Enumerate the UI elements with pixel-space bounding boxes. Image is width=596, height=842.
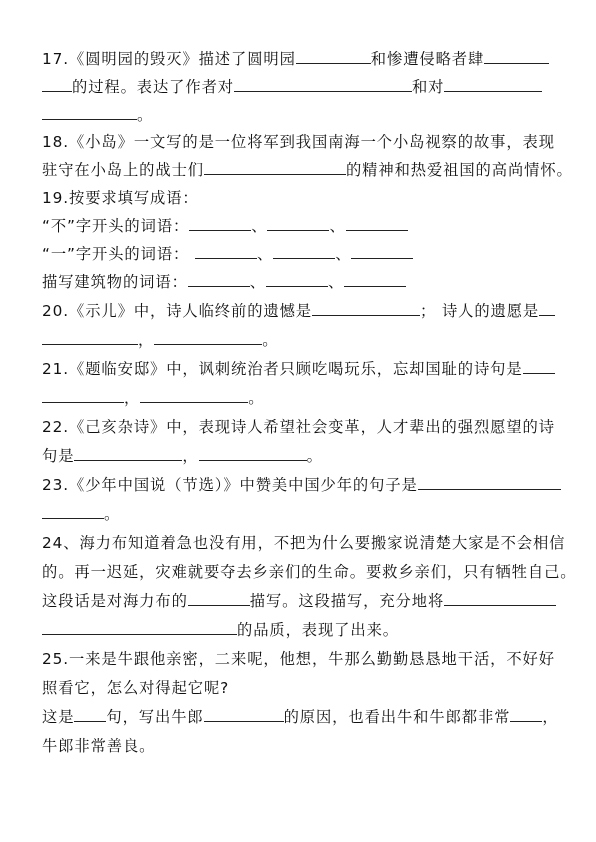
question-text: 句是 (42, 447, 74, 465)
answer-blank[interactable] (204, 159, 346, 175)
question-24-line-1: 24、海力布知道着急也没有用，不把为什么要搬家说清楚大家是不会相信 (42, 532, 562, 554)
question-17-line-2: 的过程。表达了作者对和对 (42, 76, 562, 98)
question-19-line-3: “一”字开头的词语： 、、 (42, 243, 562, 265)
question-text: 的。再一迟延，灾难就要夺去乡亲们的生命。要救乡亲们，只有牺牲自己。 (42, 563, 577, 581)
answer-blank[interactable] (296, 48, 371, 64)
answer-blank[interactable] (484, 48, 549, 64)
question-text: 24、海力布知道着急也没有用，不把为什么要搬家说清楚大家是不会相信 (42, 534, 565, 552)
question-19-line-2: “不”字开头的词语：、、 (42, 215, 562, 237)
question-text: 22.《己亥杂诗》中，表现诗人希望社会变革，人才辈出的强烈愿望的诗 (42, 418, 555, 436)
answer-blank[interactable] (188, 590, 250, 606)
answer-blank[interactable] (188, 271, 250, 287)
question-text: 描写。这段描写，充分地将 (250, 592, 444, 610)
question-text: 、 (329, 217, 345, 235)
question-text: 。 (104, 505, 120, 523)
answer-blank[interactable] (74, 706, 106, 722)
answer-blank[interactable] (351, 243, 413, 259)
answer-blank[interactable] (42, 619, 237, 635)
answer-blank[interactable] (42, 76, 72, 92)
question-text: 、 (335, 245, 351, 263)
question-22-line-2: 句是，。 (42, 445, 562, 467)
question-text: 、 (257, 245, 273, 263)
question-text: 、 (328, 273, 344, 291)
question-24-line-3: 这段话是对海力布的描写。这段描写，充分地将 (42, 590, 562, 612)
question-20-line-1: 20.《示儿》中，诗人临终前的遗憾是； 诗人的遗愿是 (42, 300, 562, 322)
question-text: 照看它，怎么对得起它呢? (42, 679, 229, 697)
question-21-line-1: 21.《题临安邸》中，讽刺统治者只顾吃喝玩乐，忘却国耻的诗句是 (42, 358, 562, 380)
answer-blank[interactable] (267, 215, 329, 231)
question-text: 。 (248, 389, 264, 407)
answer-blank[interactable] (346, 215, 408, 231)
answer-blank[interactable] (344, 271, 406, 287)
answer-blank[interactable] (42, 104, 137, 120)
question-25-line-2: 照看它，怎么对得起它呢? (42, 677, 562, 699)
question-20-line-2: ，。 (42, 329, 562, 351)
question-text: 描写建筑物的词语： (42, 273, 188, 291)
question-25-line-1: 25.一来是牛跟他亲密，二来呢，他想，牛那么勤勤恳恳地干活，不好好 (42, 648, 562, 670)
question-24-line-2: 的。再一迟延，灾难就要夺去乡亲们的生命。要救乡亲们，只有牺牲自己。 (42, 561, 562, 583)
answer-blank[interactable] (234, 76, 412, 92)
answer-blank[interactable] (444, 590, 556, 606)
question-text: 。 (262, 331, 278, 349)
question-text: 的品质，表现了出来。 (237, 621, 399, 639)
question-text: 21.《题临安邸》中，讽刺统治者只顾吃喝玩乐，忘却国耻的诗句是 (42, 360, 523, 378)
question-22-line-1: 22.《己亥杂诗》中，表现诗人希望社会变革，人才辈出的强烈愿望的诗 (42, 416, 562, 438)
answer-blank[interactable] (199, 445, 307, 461)
answer-blank[interactable] (204, 706, 284, 722)
question-text: 的精神和热爱祖国的高尚情怀。 (346, 161, 573, 179)
question-19-line-1: 19.按要求填写成语： (42, 187, 562, 209)
question-text: 这段话是对海力布的 (42, 592, 188, 610)
question-text: 。 (137, 106, 153, 124)
question-text: ， (182, 447, 198, 465)
question-text: 和对 (412, 78, 444, 96)
question-text: 19.按要求填写成语： (42, 189, 199, 207)
question-21-line-2: ，。 (42, 387, 562, 409)
answer-blank[interactable] (154, 329, 262, 345)
question-text: “不”字开头的词语： (42, 217, 189, 235)
question-19-line-4: 描写建筑物的词语：、、 (42, 271, 562, 293)
answer-blank[interactable] (273, 243, 335, 259)
answer-blank[interactable] (74, 445, 182, 461)
question-text: 18.《小岛》一文写的是一位将军到我国南海一个小岛视察的故事，表现 (42, 133, 555, 151)
question-text: 、 (250, 273, 266, 291)
answer-blank[interactable] (42, 329, 138, 345)
question-text: 这是 (42, 708, 74, 726)
question-text: 、 (251, 217, 267, 235)
question-text: “一”字开头的词语： (42, 245, 195, 263)
question-text: 20.《示儿》中，诗人临终前的遗憾是 (42, 302, 312, 320)
answer-blank[interactable] (189, 215, 251, 231)
question-text: 和惨遭侵略者肆 (371, 50, 484, 68)
question-25-line-3: 这是句，写出牛郎的原因，也看出牛和牛郎都非常， (42, 706, 562, 728)
question-25-line-4: 牛郎非常善良。 (42, 735, 562, 757)
answer-blank[interactable] (510, 706, 542, 722)
question-text: ， (542, 708, 558, 726)
question-18-line-2: 驻守在小岛上的战士们的精神和热爱祖国的高尚情怀。 (42, 159, 562, 181)
answer-blank[interactable] (195, 243, 257, 259)
question-23-line-1: 23.《少年中国说（节选）》中赞美中国少年的句子是 (42, 474, 562, 496)
question-text: 句，写出牛郎 (106, 708, 203, 726)
question-text: ； 诗人的遗愿是 (420, 302, 539, 320)
question-text: 驻守在小岛上的战士们 (42, 161, 204, 179)
question-text: 25.一来是牛跟他亲密，二来呢，他想，牛那么勤勤恳恳地干活，不好好 (42, 650, 555, 668)
question-24-line-4: 的品质，表现了出来。 (42, 619, 562, 641)
answer-blank[interactable] (418, 474, 561, 490)
question-text: 的过程。表达了作者对 (72, 78, 234, 96)
question-text: ， (124, 389, 140, 407)
question-text: 。 (307, 447, 323, 465)
question-text: 23.《少年中国说（节选）》中赞美中国少年的句子是 (42, 476, 418, 494)
question-text: 的原因，也看出牛和牛郎都非常 (284, 708, 511, 726)
answer-blank[interactable] (312, 300, 420, 316)
answer-blank[interactable] (539, 300, 555, 316)
question-17-line-1: 17.《圆明园的毁灭》描述了圆明园和惨遭侵略者肆 (42, 48, 562, 70)
answer-blank[interactable] (523, 358, 555, 374)
question-text: ， (138, 331, 154, 349)
question-18-line-1: 18.《小岛》一文写的是一位将军到我国南海一个小岛视察的故事，表现 (42, 131, 562, 153)
answer-blank[interactable] (444, 76, 542, 92)
answer-blank[interactable] (140, 387, 248, 403)
answer-blank[interactable] (42, 503, 104, 519)
question-text: 17.《圆明园的毁灭》描述了圆明园 (42, 50, 296, 68)
question-text: 牛郎非常善良。 (42, 737, 155, 755)
answer-blank[interactable] (42, 387, 124, 403)
question-17-line-3: 。 (42, 104, 562, 126)
answer-blank[interactable] (266, 271, 328, 287)
question-23-line-2: 。 (42, 503, 562, 525)
